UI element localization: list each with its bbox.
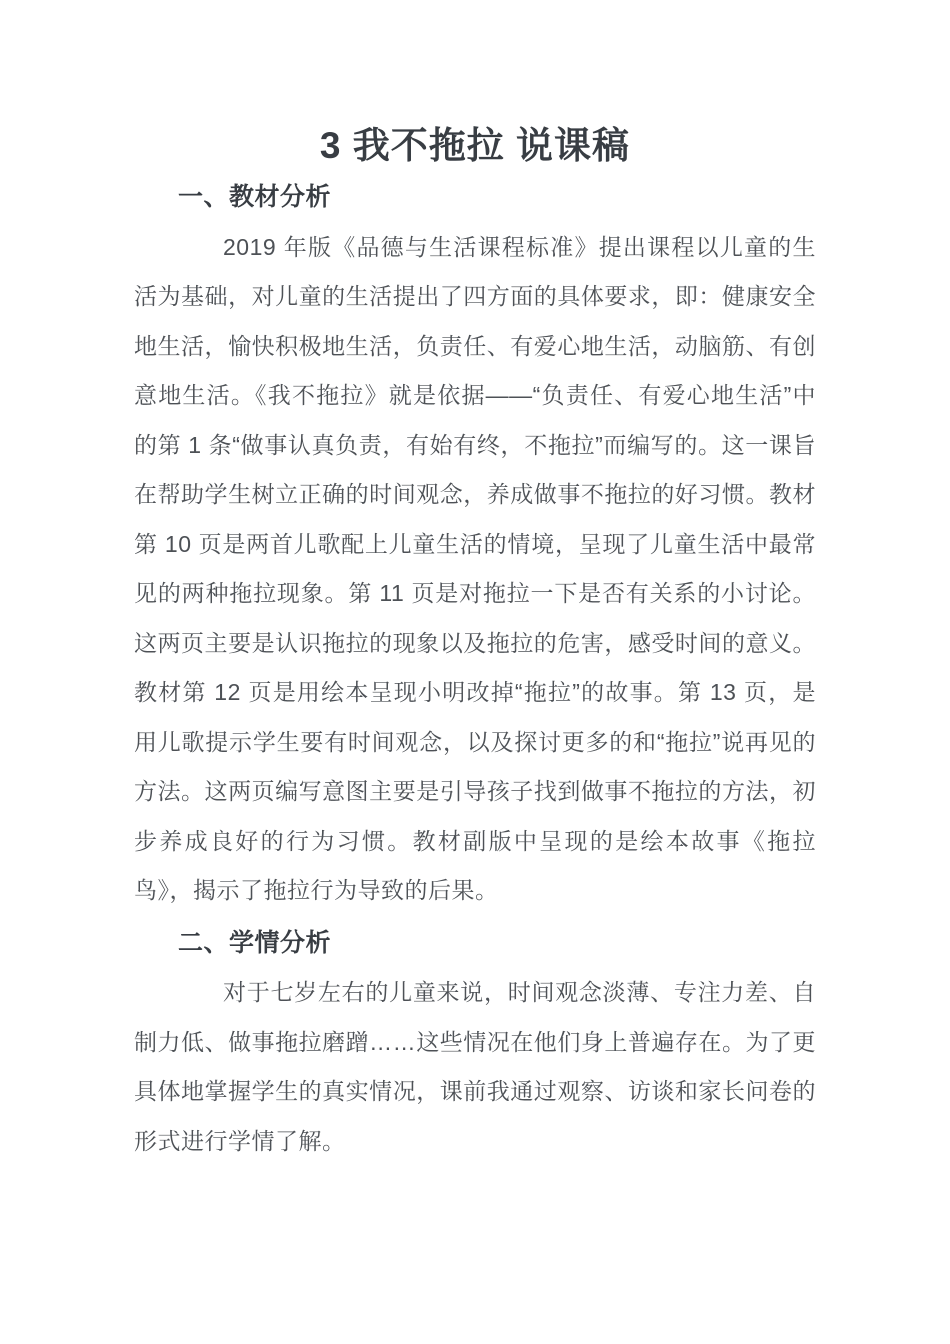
paragraph-learner-analysis: 对于七岁左右的儿童来说，时间观念淡薄、专注力差、自制力低、做事拖拉磨蹭……这些情… — [134, 968, 816, 1166]
section-heading-material-analysis: 一、教材分析 — [134, 173, 816, 223]
paragraph-material-analysis: 2019 年版《品德与生活课程标准》提出课程以儿童的生活为基础，对儿童的生活提出… — [134, 223, 816, 916]
document-page: 3 我不拖拉 说课稿 一、教材分析 2019 年版《品德与生活课程标准》提出课程… — [134, 0, 816, 1166]
section-learner-analysis: 二、学情分析 对于七岁左右的儿童来说，时间观念淡薄、专注力差、自制力低、做事拖拉… — [134, 919, 816, 1167]
section-heading-learner-analysis: 二、学情分析 — [134, 919, 816, 969]
document-title: 3 我不拖拉 说课稿 — [134, 122, 816, 170]
section-material-analysis: 一、教材分析 2019 年版《品德与生活课程标准》提出课程以儿童的生活为基础，对… — [134, 173, 816, 916]
